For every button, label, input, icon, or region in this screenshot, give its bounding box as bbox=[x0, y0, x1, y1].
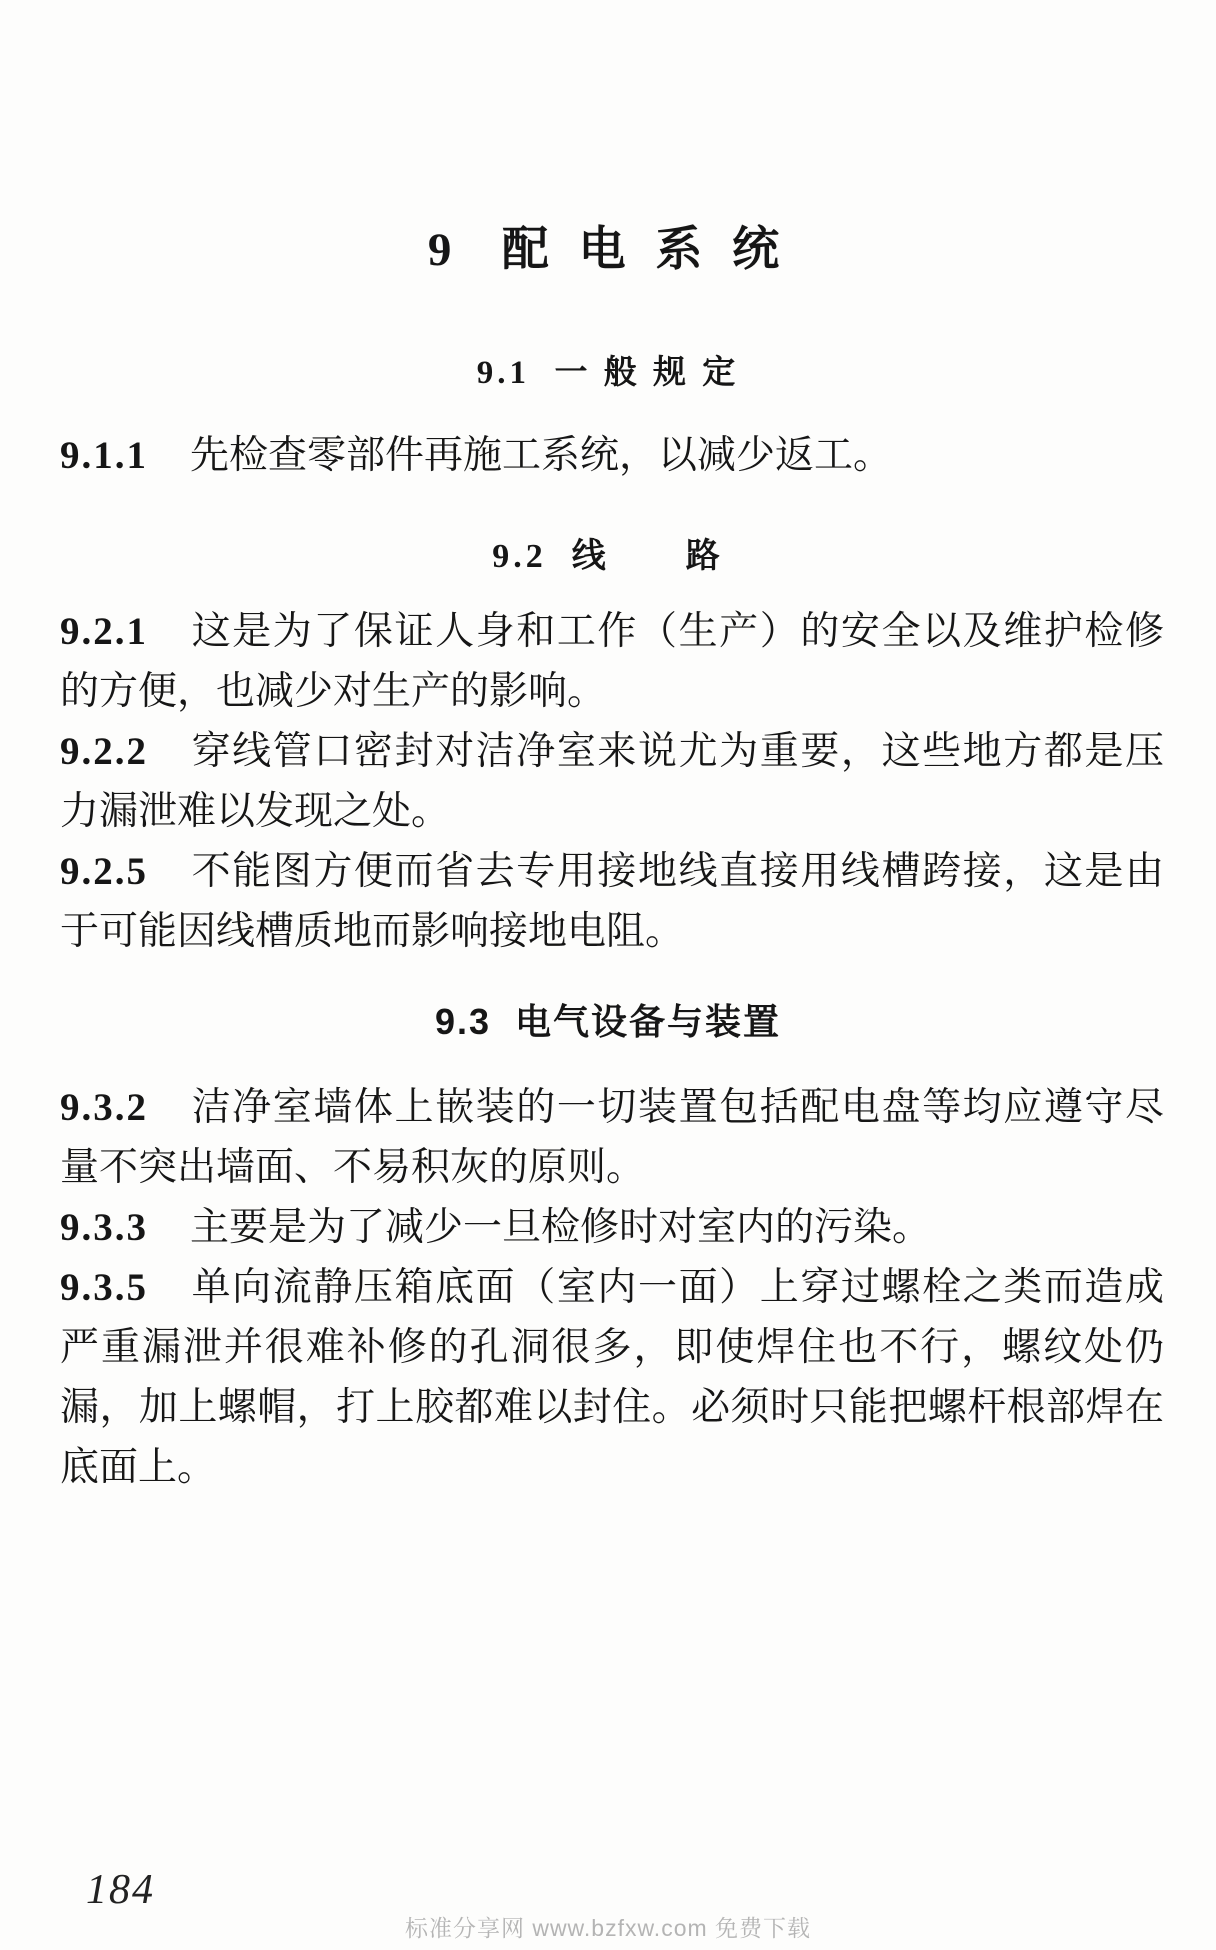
clause-text: 不能图方便而省去专用接地线直接用线槽跨接，这是由 bbox=[190, 850, 1164, 893]
clause-9-2-2: 9.2.2穿线管口密封对洁净室来说尤为重要，这些地方都是压 力漏泄难以发现之处。 bbox=[60, 722, 1164, 842]
clause-text: 严重漏泄并很难补修的孔洞很多，即使焊住也不行，螺纹处仍 bbox=[60, 1318, 1164, 1378]
clause-text: 这是为了保证人身和工作（生产）的安全以及维护检修 bbox=[190, 610, 1164, 653]
clause-text: 穿线管口密封对洁净室来说尤为重要，这些地方都是压 bbox=[190, 730, 1164, 773]
clause-text: 先检查零部件再施工系统，以减少返工。 bbox=[190, 434, 892, 477]
clause-number: 9.3.3 bbox=[60, 1206, 148, 1249]
clause-text: 单向流静压箱底面（室内一面）上穿过螺栓之类而造成 bbox=[190, 1266, 1164, 1309]
clause-number: 9.1.1 bbox=[60, 434, 148, 477]
document-page: 9 配 电 系 统 9.1 一 般 规 定 9.1.1先检查零部件再施工系统，以… bbox=[0, 0, 1216, 1950]
clause-number: 9.3.5 bbox=[60, 1266, 148, 1309]
clause-text: 漏，加上螺帽，打上胶都难以封住。必须时只能把螺杆根部焊在 bbox=[60, 1378, 1164, 1438]
clause-number: 9.2.2 bbox=[60, 730, 148, 773]
clause-9-3-2: 9.3.2洁净室墙体上嵌装的一切装置包括配电盘等均应遵守尽 量不突出墙面、不易积… bbox=[60, 1078, 1164, 1198]
watermark-text: 标准分享网 www.bzfxw.com 免费下载 bbox=[0, 1910, 1216, 1943]
clause-9-2-5: 9.2.5不能图方便而省去专用接地线直接用线槽跨接，这是由 于可能因线槽质地而影… bbox=[60, 842, 1164, 962]
clause-number: 9.2.1 bbox=[60, 610, 148, 653]
clause-9-3-3: 9.3.3主要是为了减少一旦检修时对室内的污染。 bbox=[60, 1198, 1164, 1258]
clause-text: 于可能因线槽质地而影响接地电阻。 bbox=[60, 902, 1164, 962]
clause-9-3-5: 9.3.5单向流静压箱底面（室内一面）上穿过螺栓之类而造成 严重漏泄并很难补修的… bbox=[60, 1258, 1164, 1498]
clause-text: 力漏泄难以发现之处。 bbox=[60, 782, 1164, 842]
clause-9-1-1: 9.1.1先检查零部件再施工系统，以减少返工。 bbox=[60, 426, 1164, 486]
section-heading-9-2: 9.2 线 路 bbox=[0, 528, 1216, 577]
page-number: 184 bbox=[86, 1866, 155, 1914]
chapter-title: 9 配 电 系 统 bbox=[0, 212, 1216, 279]
clause-number: 9.3.2 bbox=[60, 1086, 148, 1129]
section-heading-9-3: 9.3 电气设备与装置 bbox=[0, 994, 1216, 1045]
section-heading-9-1: 9.1 一 般 规 定 bbox=[0, 346, 1216, 393]
clause-text: 量不突出墙面、不易积灰的原则。 bbox=[60, 1138, 1164, 1198]
clause-number: 9.2.5 bbox=[60, 850, 148, 893]
clause-text: 的方便，也减少对生产的影响。 bbox=[60, 662, 1164, 722]
clause-9-2-1: 9.2.1这是为了保证人身和工作（生产）的安全以及维护检修 的方便，也减少对生产… bbox=[60, 602, 1164, 722]
clause-text: 洁净室墙体上嵌装的一切装置包括配电盘等均应遵守尽 bbox=[190, 1086, 1164, 1129]
clause-text: 主要是为了减少一旦检修时对室内的污染。 bbox=[190, 1206, 931, 1249]
clause-text: 底面上。 bbox=[60, 1438, 1164, 1498]
